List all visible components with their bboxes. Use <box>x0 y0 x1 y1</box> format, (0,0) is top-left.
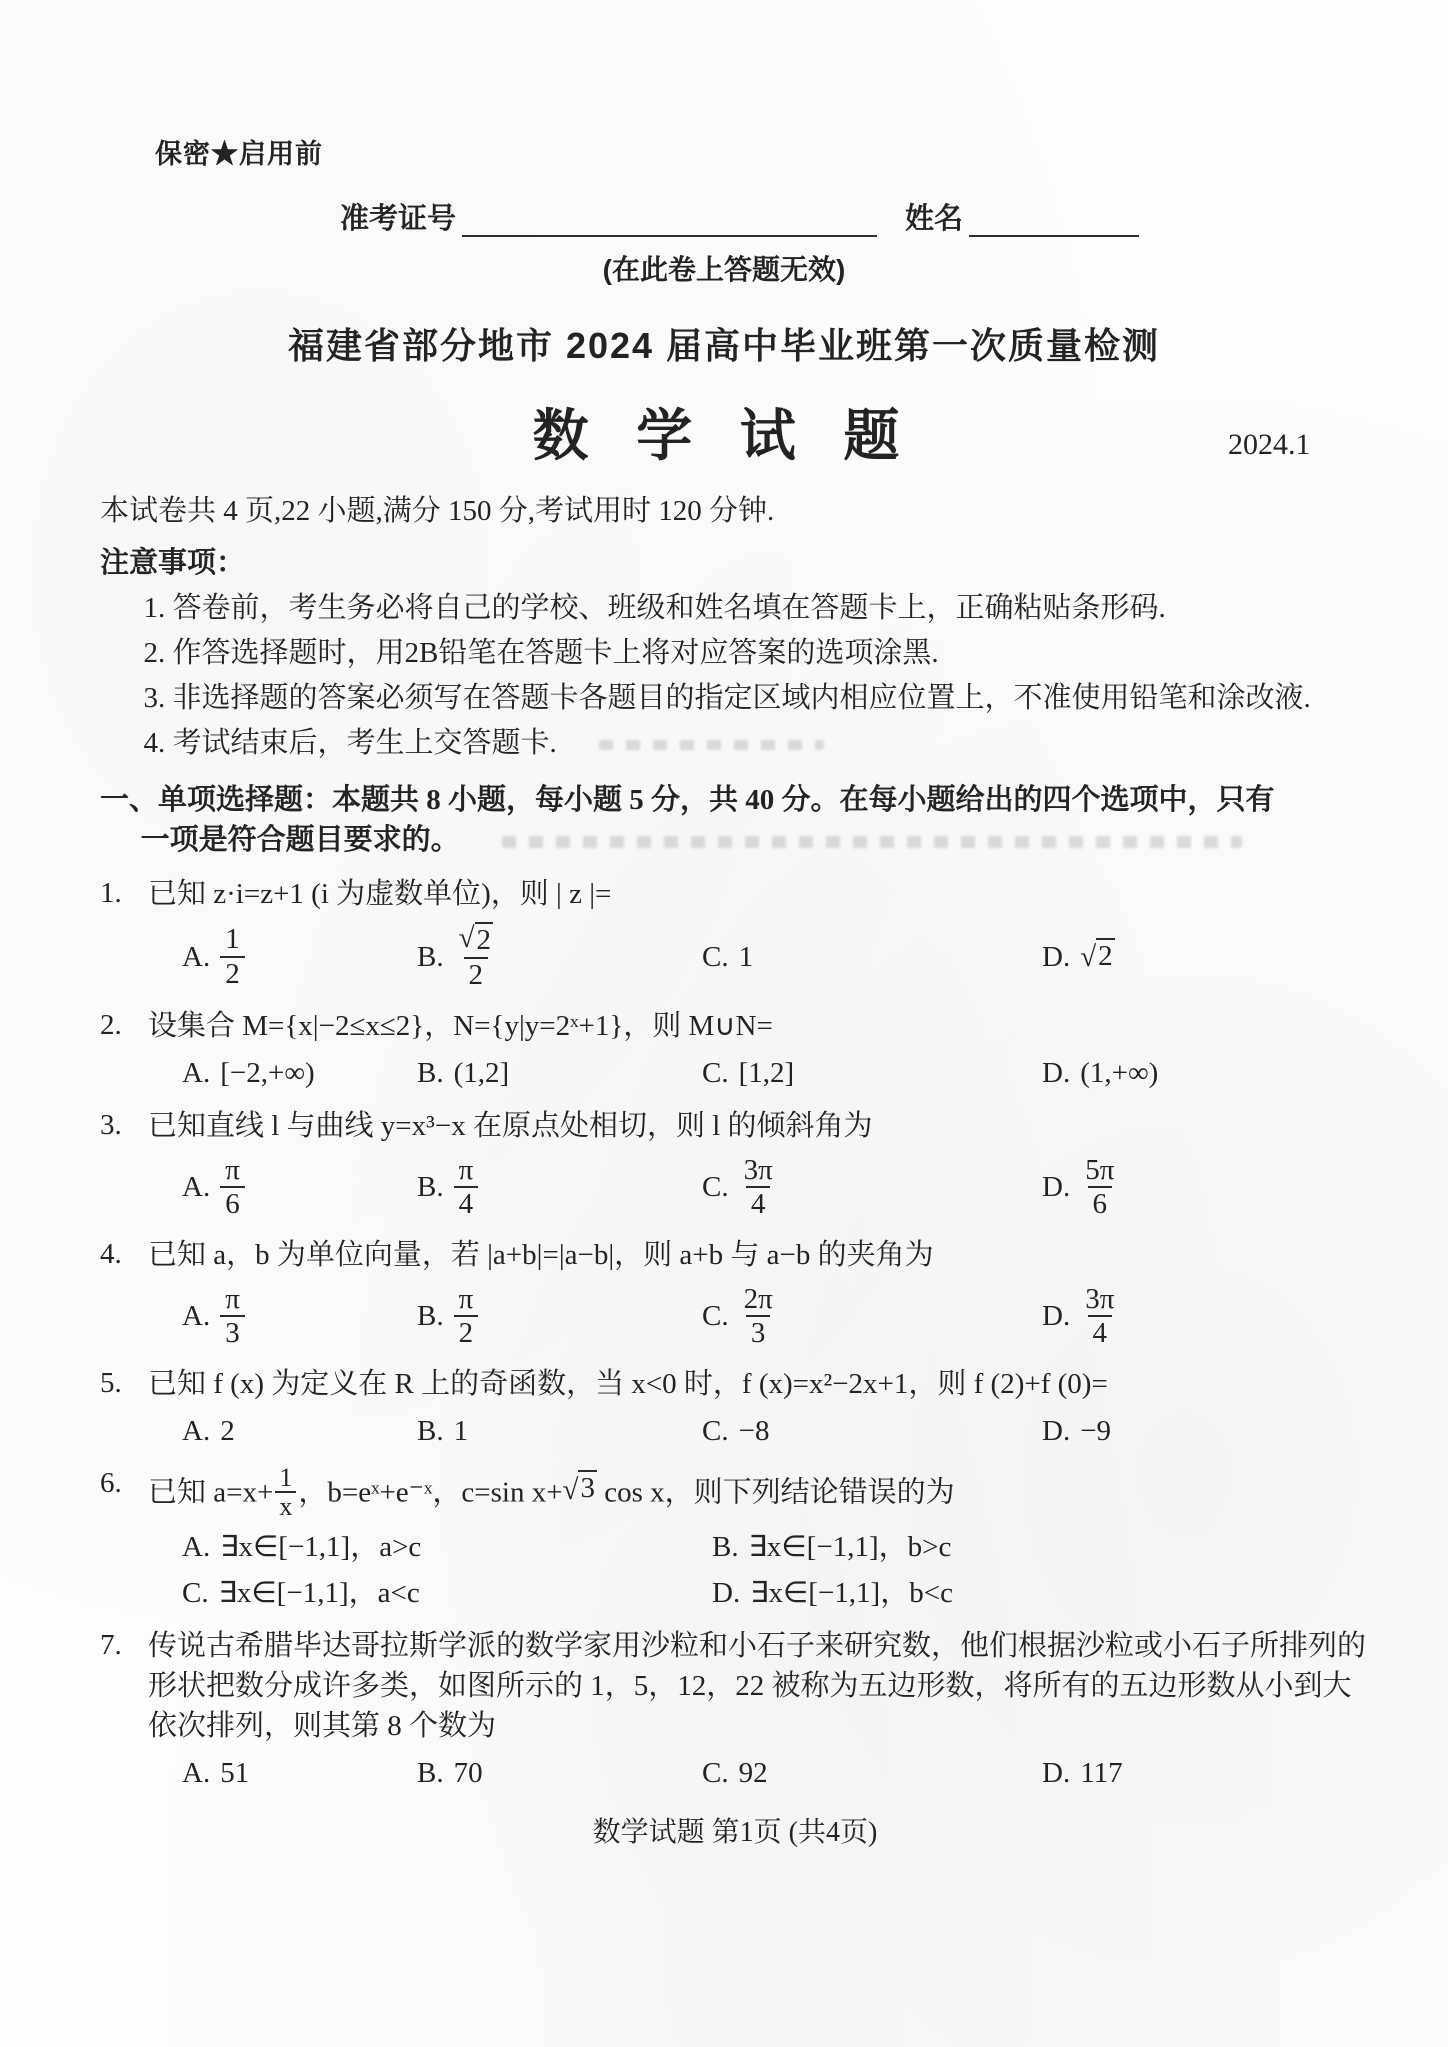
ticket-number-blank <box>462 205 877 237</box>
bleed-through-smudge <box>502 836 1242 848</box>
option-7d: D.117 <box>1042 1754 1370 1792</box>
question-1-stem: 已知 z·i=z+1 (i 为虚数单位)，则 | z |= <box>148 874 1370 914</box>
question-5: 5. 已知 f (x) 为定义在 R 上的奇函数，当 x<0 时，f (x)=x… <box>100 1364 1370 1450</box>
exam-date: 2024.1 <box>1228 428 1311 462</box>
invalid-answer-note: (在此卷上答题无效) <box>0 248 1448 288</box>
radicand: 3 <box>578 1470 597 1505</box>
fraction-numerator: π <box>220 1154 245 1186</box>
stem-text: ，b=eˣ+e⁻ˣ，c=sin x+ <box>298 1476 562 1508</box>
question-4-stem: 已知 a，b 为单位向量，若 |a+b|=|a−b|，则 a+b 与 a−b 的… <box>148 1235 1370 1275</box>
security-notice: 保密★启用前 <box>155 132 323 171</box>
option-value: [1,2] <box>739 1054 795 1092</box>
option-label: B. <box>417 938 444 976</box>
radicand: 2 <box>475 922 494 957</box>
option-label: D. <box>1042 1168 1070 1206</box>
question-3: 3. 已知直线 l 与曲线 y=x³−x 在原点处相切，则 l 的倾斜角为 A.… <box>100 1106 1370 1221</box>
name-label: 姓名 <box>905 196 963 237</box>
section-1-heading-line2-text: 一项是符合题目要求的。 <box>141 824 460 856</box>
fraction-numerator: 2π <box>739 1283 778 1315</box>
question-2: 2. 设集合 M={x|−2≤x≤2}，N={y|y=2ˣ+1}，则 M∪N= … <box>100 1006 1370 1092</box>
option-1d: D. √2 <box>1042 938 1370 976</box>
paper-info: 本试卷共 4 页,22 小题,满分 150 分,考试用时 120 分钟. <box>100 492 1370 530</box>
option-label: C. <box>702 1054 729 1092</box>
fraction: π6 <box>220 1154 245 1221</box>
exam-title: 福建省部分地市 2024 届高中毕业班第一次质量检测 <box>0 318 1448 369</box>
question-3-stem: 已知直线 l 与曲线 y=x³−x 在原点处相切，则 l 的倾斜角为 <box>148 1106 1370 1146</box>
option-value: 1 <box>739 938 754 976</box>
fraction: 2π3 <box>739 1283 778 1350</box>
option-2d: D.(1,+∞) <box>1042 1054 1370 1092</box>
option-label: A. <box>182 1297 210 1335</box>
fraction-numerator: 1 <box>220 923 245 955</box>
option-5b: B.1 <box>417 1412 702 1450</box>
option-4a: A. π3 <box>182 1283 417 1350</box>
fraction-denominator: 2 <box>454 1315 479 1349</box>
radical: √2 <box>459 922 493 957</box>
fraction: √2 2 <box>454 922 498 992</box>
option-value: 51 <box>220 1754 249 1792</box>
option-3d: D. 5π6 <box>1042 1154 1370 1221</box>
option-1c: C. 1 <box>702 938 1042 976</box>
option-label: C. <box>182 1574 209 1612</box>
question-2-stem: 设集合 M={x|−2≤x≤2}，N={y|y=2ˣ+1}，则 M∪N= <box>148 1006 1370 1046</box>
option-5c: C.−8 <box>702 1412 1042 1450</box>
question-2-number: 2. <box>100 1006 148 1044</box>
page-footer: 数学试题 第1页 (共4页) <box>100 1814 1370 1852</box>
option-label: A. <box>182 1054 210 1092</box>
bleed-through-smudge <box>599 740 824 750</box>
fraction-denominator: 6 <box>1088 1186 1113 1220</box>
fraction-denominator: 3 <box>220 1315 245 1349</box>
radical-sign: √ <box>1080 938 1096 976</box>
option-6b: B.∃x∈[−1,1]，b>c <box>712 1528 1370 1566</box>
section-1-heading-line1: 一、单项选择题：本题共 8 小题，每小题 5 分，共 40 分。在每小题给出的四… <box>100 780 1370 820</box>
option-value: [−2,+∞) <box>220 1054 314 1092</box>
question-4: 4. 已知 a，b 为单位向量，若 |a+b|=|a−b|，则 a+b 与 a−… <box>100 1235 1370 1350</box>
fraction-numerator: 5π <box>1080 1154 1119 1186</box>
option-label: B. <box>417 1754 444 1792</box>
option-2b: B.(1,2] <box>417 1054 702 1092</box>
fraction-numerator: √2 <box>454 922 498 957</box>
option-2c: C.[1,2] <box>702 1054 1042 1092</box>
fraction-denominator: 4 <box>1088 1315 1113 1349</box>
option-7a: A.51 <box>182 1754 417 1792</box>
fraction: π2 <box>454 1283 479 1350</box>
option-label: A. <box>182 1528 210 1566</box>
name-blank <box>969 205 1139 237</box>
option-5d: D.−9 <box>1042 1412 1370 1450</box>
question-7: 7. 传说古希腊毕达哥拉斯学派的数学家用沙粒和小石子来研究数，他们根据沙粒或小石… <box>100 1626 1370 1792</box>
option-label: B. <box>417 1412 444 1450</box>
fraction: 3π4 <box>739 1154 778 1221</box>
fraction: 1x <box>275 1464 296 1521</box>
option-3c: C. 3π4 <box>702 1154 1042 1221</box>
option-label: A. <box>182 938 210 976</box>
question-1-options: A. 12 B. √2 2 C. 1 D <box>182 922 1370 992</box>
question-7-options: A.51 B.70 C.92 D.117 <box>182 1754 1370 1792</box>
option-label: D. <box>1042 1297 1070 1335</box>
section-1-heading: 一、单项选择题：本题共 8 小题，每小题 5 分，共 40 分。在每小题给出的四… <box>100 780 1370 860</box>
option-label: A. <box>182 1754 210 1792</box>
option-4c: C. 2π3 <box>702 1283 1042 1350</box>
option-value: 1 <box>454 1412 469 1450</box>
question-3-options: A. π6 B. π4 C. 3π4 D. 5π6 <box>182 1154 1370 1221</box>
radical: √2 <box>1080 938 1114 976</box>
option-2a: A.[−2,+∞) <box>182 1054 417 1092</box>
option-value: −9 <box>1080 1412 1111 1450</box>
note-item-3: 3. 非选择题的答案必须写在答题卡各题目的指定区域内相应位置上，不准使用铅笔和涂… <box>100 679 1370 717</box>
option-label: A. <box>182 1168 210 1206</box>
option-7b: B.70 <box>417 1754 702 1792</box>
option-6a: A.∃x∈[−1,1]，a>c <box>182 1528 712 1566</box>
notes-heading: 注意事项： <box>100 544 1370 582</box>
note-item-4: 4. 考试结束后，考生上交答题卡. <box>100 724 1370 762</box>
stem-text: cos x，则下列结论错误的为 <box>597 1476 955 1508</box>
candidate-info-row: 准考证号 姓名 <box>340 196 1139 237</box>
option-label: C. <box>702 1168 729 1206</box>
stem-text: 已知 a=x+ <box>148 1476 273 1508</box>
ticket-number-label: 准考证号 <box>340 196 456 237</box>
question-5-number: 5. <box>100 1364 148 1402</box>
question-6-number: 6. <box>100 1464 148 1502</box>
radical: √3 <box>563 1470 597 1510</box>
question-7-number: 7. <box>100 1626 148 1664</box>
paper-body: 本试卷共 4 页,22 小题,满分 150 分,考试用时 120 分钟. 注意事… <box>100 492 1370 1852</box>
note-item-1: 1. 答卷前，考生务必将自己的学校、班级和姓名填在答题卡上，正确粘贴条形码. <box>100 589 1370 627</box>
option-label: B. <box>417 1168 444 1206</box>
section-1-heading-line2: 一项是符合题目要求的。 <box>141 820 1370 860</box>
option-label: D. <box>1042 938 1070 976</box>
question-5-stem: 已知 f (x) 为定义在 R 上的奇函数，当 x<0 时，f (x)=x²−2… <box>148 1364 1370 1404</box>
note-item-2: 2. 作答选择题时，用2B铅笔在答题卡上将对应答案的选项涂黑. <box>100 634 1370 672</box>
question-1-number: 1. <box>100 874 148 912</box>
radical-sign: √ <box>563 1470 579 1510</box>
question-4-options: A. π3 B. π2 C. 2π3 D. 3π4 <box>182 1283 1370 1350</box>
option-1a: A. 12 <box>182 923 417 990</box>
option-value: 92 <box>739 1754 768 1792</box>
option-4b: B. π2 <box>417 1283 702 1350</box>
option-value: ∃x∈[−1,1]，b<c <box>750 1574 953 1612</box>
option-label: C. <box>702 1297 729 1335</box>
question-7-stem: 传说古希腊毕达哥拉斯学派的数学家用沙粒和小石子来研究数，他们根据沙粒或小石子所排… <box>148 1626 1370 1746</box>
fraction: 3π4 <box>1080 1283 1119 1350</box>
option-7c: C.92 <box>702 1754 1042 1792</box>
option-6c: C.∃x∈[−1,1]，a<c <box>182 1574 712 1612</box>
fraction-numerator: 3π <box>739 1154 778 1186</box>
option-value: ∃x∈[−1,1]，b>c <box>749 1528 952 1566</box>
option-label: C. <box>702 1412 729 1450</box>
fraction-denominator: 6 <box>220 1186 245 1220</box>
fraction-denominator: 2 <box>220 956 245 990</box>
note-item-4-text: 4. 考试结束后，考生上交答题卡. <box>144 727 557 759</box>
fraction-numerator: 1 <box>275 1464 296 1491</box>
option-6d: D.∃x∈[−1,1]，b<c <box>712 1574 1370 1612</box>
fraction-numerator: π <box>454 1154 479 1186</box>
option-label: D. <box>1042 1054 1070 1092</box>
option-label: C. <box>702 1754 729 1792</box>
option-value: (1,2] <box>454 1054 510 1092</box>
question-6-stem: 已知 a=x+1x，b=eˣ+e⁻ˣ，c=sin x+√3 cos x，则下列结… <box>148 1464 1370 1521</box>
question-4-number: 4. <box>100 1235 148 1273</box>
question-5-options: A.2 B.1 C.−8 D.−9 <box>182 1412 1370 1450</box>
fraction-numerator: π <box>220 1283 245 1315</box>
option-value: (1,+∞) <box>1080 1054 1158 1092</box>
option-label: A. <box>182 1412 210 1450</box>
option-label: C. <box>702 938 729 976</box>
question-3-number: 3. <box>100 1106 148 1144</box>
fraction-denominator: 4 <box>454 1186 479 1220</box>
fraction-numerator: π <box>454 1283 479 1315</box>
fraction: π3 <box>220 1283 245 1350</box>
option-label: D. <box>712 1574 740 1612</box>
question-6-options-row2: C.∃x∈[−1,1]，a<c D.∃x∈[−1,1]，b<c <box>182 1574 1370 1612</box>
exam-paper-page: 保密★启用前 准考证号 姓名 (在此卷上答题无效) 福建省部分地市 2024 届… <box>0 0 1448 2047</box>
option-3a: A. π6 <box>182 1154 417 1221</box>
fraction-denominator: 2 <box>464 957 489 991</box>
radicand: 2 <box>1096 938 1115 973</box>
fraction-numerator: 3π <box>1080 1283 1119 1315</box>
option-value: −8 <box>739 1412 770 1450</box>
fraction: 12 <box>220 923 245 990</box>
fraction: 5π6 <box>1080 1154 1119 1221</box>
question-1: 1. 已知 z·i=z+1 (i 为虚数单位)，则 | z |= A. 12 B… <box>100 874 1370 992</box>
option-4d: D. 3π4 <box>1042 1283 1370 1350</box>
fraction: π4 <box>454 1154 479 1221</box>
option-value: 70 <box>454 1754 483 1792</box>
option-5a: A.2 <box>182 1412 417 1450</box>
option-label: B. <box>712 1528 739 1566</box>
fraction-denominator: x <box>275 1491 296 1520</box>
option-value: 117 <box>1080 1754 1122 1792</box>
option-label: B. <box>417 1054 444 1092</box>
fraction-denominator: 3 <box>746 1315 771 1349</box>
question-6: 6. 已知 a=x+1x，b=eˣ+e⁻ˣ，c=sin x+√3 cos x，则… <box>100 1464 1370 1613</box>
fraction-denominator: 4 <box>746 1186 771 1220</box>
radical-sign: √ <box>459 922 475 954</box>
option-value: ∃x∈[−1,1]，a>c <box>220 1528 421 1566</box>
question-6-options-row1: A.∃x∈[−1,1]，a>c B.∃x∈[−1,1]，b>c <box>182 1528 1370 1566</box>
option-label: D. <box>1042 1754 1070 1792</box>
option-label: B. <box>417 1297 444 1335</box>
question-2-options: A.[−2,+∞) B.(1,2] C.[1,2] D.(1,+∞) <box>182 1054 1370 1092</box>
option-value: ∃x∈[−1,1]，a<c <box>219 1574 420 1612</box>
option-3b: B. π4 <box>417 1154 702 1221</box>
option-value: 2 <box>220 1412 235 1450</box>
option-label: D. <box>1042 1412 1070 1450</box>
option-1b: B. √2 2 <box>417 922 702 992</box>
